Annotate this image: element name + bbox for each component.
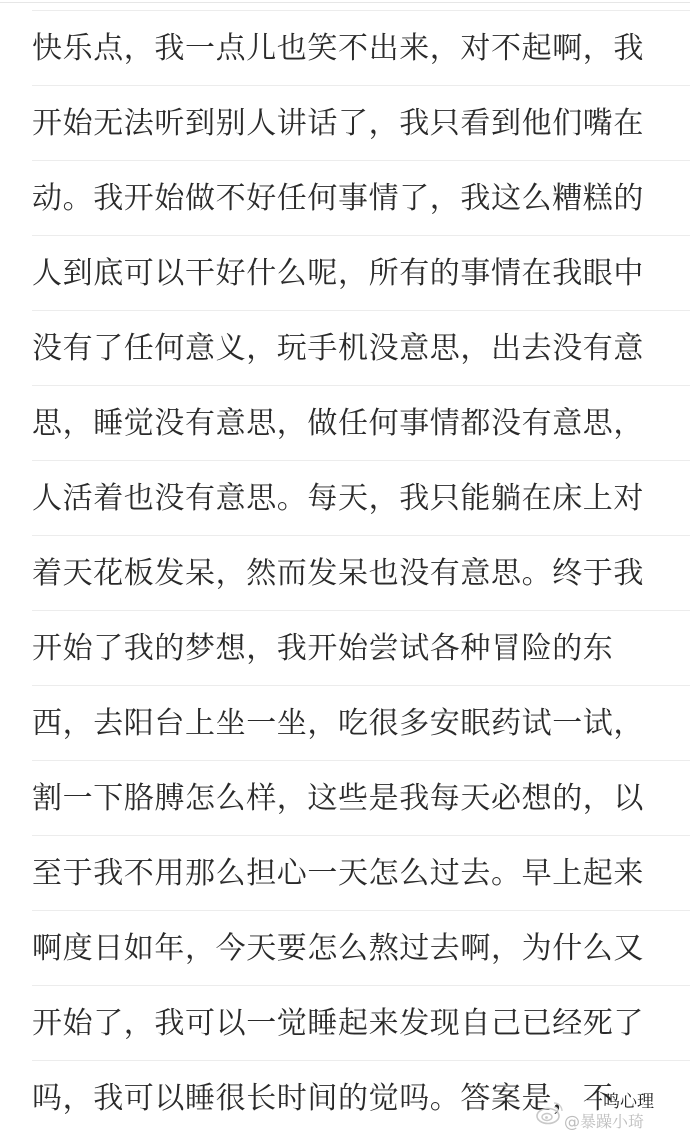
top-divider [0,2,690,3]
text-line-content: 啊度日如年，今天要怎么熬过去啊，为什么又 [32,931,644,967]
text-line: 开始了，我可以一觉睡起来发现自己已经死了 [32,985,690,1060]
text-line: 动。我开始做不好任何事情了，我这么糟糕的 [32,160,690,235]
text-line-content: 至于我不用那么担心一天怎么过去。早上起来 [32,856,644,892]
text-line: 思，睡觉没有意思，做任何事情都没有意思， [32,385,690,460]
text-line: 着天花板发呆，然而发呆也没有意思。终于我 [32,535,690,610]
text-line-content: 割一下胳膊怎么样，这些是我每天必想的，以 [32,781,644,817]
text-line: 至于我不用那么担心一天怎么过去。早上起来 [32,835,690,910]
text-line-content: 没有了任何意义，玩手机没意思，出去没有意 [32,331,644,367]
text-line-content: 开始无法听到别人讲话了，我只看到他们嘴在 [32,106,644,142]
text-line: 开始了我的梦想，我开始尝试各种冒险的东 [32,610,690,685]
document-body: 快乐点，我一点儿也笑不出来，对不起啊，我 开始无法听到别人讲话了，我只看到他们嘴… [32,10,690,1135]
text-line-content: 着天花板发呆，然而发呆也没有意思。终于我 [32,556,644,592]
text-line-content: 人活着也没有意思。每天，我只能躺在床上对 [32,481,644,517]
text-line-content: 开始了，我可以一觉睡起来发现自己已经死了 [32,1006,644,1042]
text-line: 快乐点，我一点儿也笑不出来，对不起啊，我 [32,10,690,85]
text-line: 割一下胳膊怎么样，这些是我每天必想的，以 [32,760,690,835]
text-line: 西，去阳台上坐一坐，吃很多安眠药试一试， [32,685,690,760]
text-line-content: 思，睡觉没有意思，做任何事情都没有意思， [32,406,644,442]
watermark-author: @暴躁小琦 [564,1109,644,1132]
text-line: 人到底可以干好什么呢，所有的事情在我眼中 [32,235,690,310]
text-line: 啊度日如年，今天要怎么熬过去啊，为什么又 [32,910,690,985]
watermark: 一鸣心理 @暴躁小琦 [534,1081,684,1133]
text-line-content: 动。我开始做不好任何事情了，我这么糟糕的 [32,181,644,217]
text-line-content: 西，去阳台上坐一坐，吃很多安眠药试一试， [32,706,644,742]
weibo-logo-icon [534,1097,564,1127]
text-line-content: 吗，我可以睡很长时间的觉吗。答案是，不 [32,1081,613,1117]
text-line: 开始无法听到别人讲话了，我只看到他们嘴在 [32,85,690,160]
text-line-content: 开始了我的梦想，我开始尝试各种冒险的东 [32,631,613,667]
text-line: 人活着也没有意思。每天，我只能躺在床上对 [32,460,690,535]
text-line: 没有了任何意义，玩手机没意思，出去没有意 [32,310,690,385]
text-line-content: 人到底可以干好什么呢，所有的事情在我眼中 [32,256,644,292]
text-line-content: 快乐点，我一点儿也笑不出来，对不起啊，我 [32,31,644,67]
